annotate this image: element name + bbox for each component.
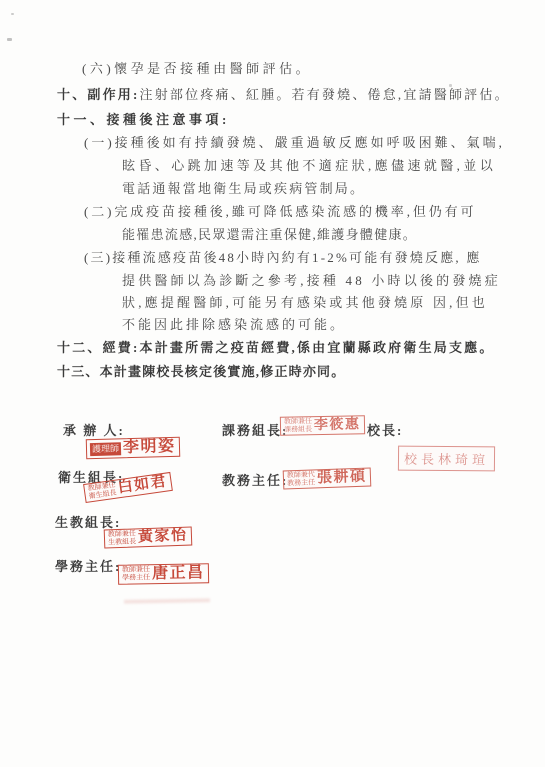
body-line-item-2: (二)完成疫苗接種後,雖可降低感染流感的機率,但仍有可 xyxy=(84,201,476,220)
body-line-item-3-cont: 提供醫師以為診斷之參考,接種 48 小時以後的發燒症 xyxy=(122,270,501,289)
body-line-section-10: 十、副作用:注射部位疼痛、紅腫。若有發燒、倦怠,宜請醫師評估。 xyxy=(57,84,510,103)
body-line-item-2-cont: 能罹患流感,民眾還需注重保健,維護身體健康。 xyxy=(122,224,417,243)
stamp-name: 李明姿 xyxy=(123,439,176,456)
stamp-text: 校長林琦瑄 xyxy=(404,449,489,469)
stamp-title-lines: 教師兼任 課務組長 xyxy=(284,418,312,434)
stamp-title-block: 護理師 xyxy=(90,442,121,456)
scanned-document-page: (六)懷孕是否接種由醫師評估。 十、副作用:注射部位疼痛、紅腫。若有發燒、倦怠,… xyxy=(0,0,545,767)
stamp-name: 唐正昌 xyxy=(152,565,205,582)
stamp-title-line2: 生教組長 xyxy=(108,538,136,547)
body-line-item-1: (一)接種後如有持續發燒、嚴重過敏反應如呼吸困難、氣喘, xyxy=(84,132,505,151)
stamp-title-lines: 教師兼代 教務主任 xyxy=(287,471,316,487)
stamp-curriculum-chief: 教師兼任 課務組長 李筱惠 xyxy=(280,415,365,436)
stamp-title-text: 護理師 xyxy=(92,443,119,454)
label-student-affairs-director: 學務主任: xyxy=(55,556,121,575)
stamp-title-line2: 教務主任 xyxy=(287,479,315,488)
stamp-name: 黃家怡 xyxy=(138,529,188,546)
label-principal: 校長: xyxy=(367,420,403,439)
body-line-item-1-cont2: 電話通報當地衛生局或疾病管制局。 xyxy=(122,178,365,197)
stamp-title-lines: 教師兼任 衛生組長 xyxy=(87,482,117,501)
stamp-academic-director: 教師兼代 教務主任 張耕碩 xyxy=(283,467,371,489)
stamp-name: 李筱惠 xyxy=(314,418,361,433)
stamp-discipline-chief: 教師兼任 生教組長 黃家怡 xyxy=(104,526,192,548)
stamp-title-line2: 衛生組長 xyxy=(88,489,117,501)
body-line-section-11: 十一、接種後注意事項: xyxy=(57,109,230,128)
stamp-title-lines: 教師兼任 生教組長 xyxy=(108,530,137,546)
scan-artifact xyxy=(11,13,14,15)
body-line-section-12: 十二、經費:本計畫所需之疫苗經費,係由宜蘭縣政府衛生局支應。 xyxy=(57,337,495,356)
stamp-title-line2: 課務組長 xyxy=(284,426,312,434)
body-line-item-3-cont2: 狀,應提醒醫師,可能另有感染或其他發燒原 因,但也 xyxy=(122,292,488,311)
body-line-item-6: (六)懷孕是否接種由醫師評估。 xyxy=(82,58,312,77)
section-10-text: 注射部位疼痛、紅腫。若有發燒、倦怠,宜請醫師評估。 xyxy=(140,87,510,102)
scan-artifact xyxy=(7,38,12,41)
body-line-item-3-cont3: 不能因此排除感染流感的可能。 xyxy=(122,314,346,333)
body-line-section-13: 十三、本計畫陳校長核定後實施,修正時亦同。 xyxy=(57,361,345,380)
label-curriculum-chief: 課務組長: xyxy=(222,420,288,439)
stamp-principal: 校長林琦瑄 xyxy=(398,446,495,472)
label-undertaker: 承 辦 人: xyxy=(63,420,125,439)
body-line-item-3: (三)接種流感疫苗後48小時內約有1-2%可能有發燒反應, 應 xyxy=(84,247,482,266)
stamp-name: 張耕碩 xyxy=(317,470,367,487)
body-line-item-1-cont: 眩昏、心跳加速等及其他不適症狀,應儘速就醫,並以 xyxy=(122,155,496,174)
label-discipline-chief: 生教組長: xyxy=(55,512,121,531)
stamp-undertaker-nurse: 護理師 李明姿 xyxy=(86,437,180,459)
stamp-title-line2: 學務主任 xyxy=(122,574,150,582)
label-academic-director: 教務主任: xyxy=(222,470,288,489)
stamp-ink-smudge xyxy=(124,598,210,604)
stamp-title-lines: 教師兼任 學務主任 xyxy=(122,567,150,583)
section-10-heading: 十、副作用: xyxy=(57,87,140,102)
stamp-student-affairs-director: 教師兼任 學務主任 唐正昌 xyxy=(118,563,209,585)
stamp-name: 白如君 xyxy=(117,475,168,497)
